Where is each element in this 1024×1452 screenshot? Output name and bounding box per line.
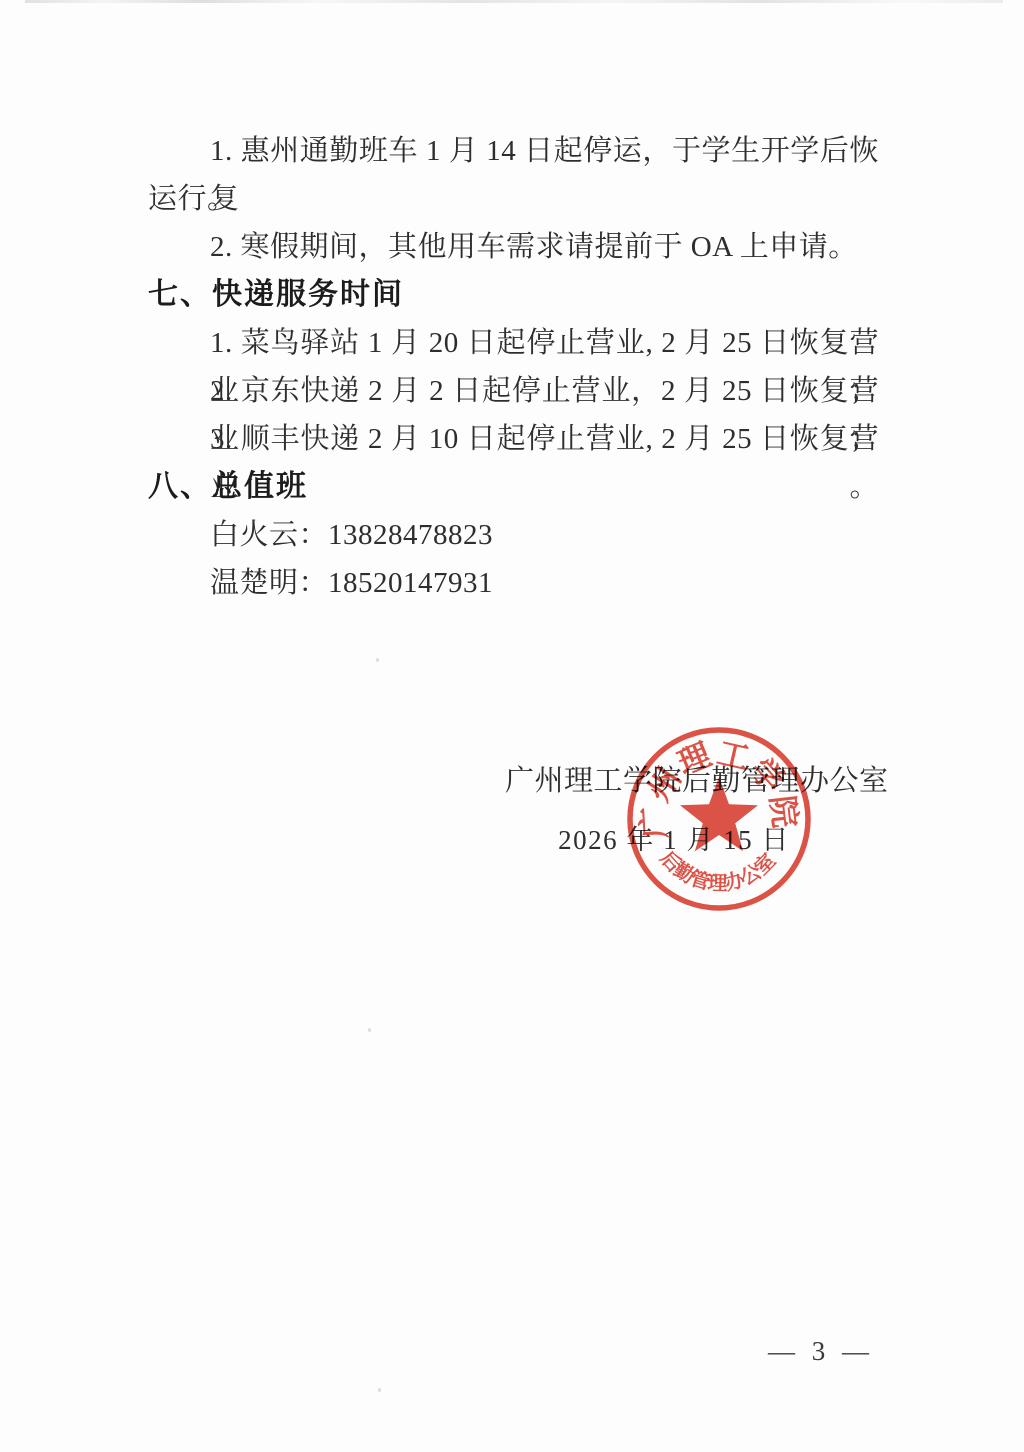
notice-body: 1. 惠州通勤班车 1 月 14 日起停运，于学生开学后恢复 运行。 2. 寒假… bbox=[148, 127, 879, 607]
duty-contact-bai: 白火云：13828478823 bbox=[148, 511, 879, 559]
signature-block: 广州理工学院后勤管理办公室 2026 年 1 月 15 日 bbox=[505, 758, 877, 857]
scanned-notice-page: 1. 惠州通勤班车 1 月 14 日起停运，于学生开学后恢复 运行。 2. 寒假… bbox=[0, 0, 1024, 1452]
section-heading-express-hours: 七、快递服务时间 bbox=[148, 271, 879, 319]
notice-line-huizhou-bus-cont: 运行。 bbox=[148, 175, 879, 223]
signature-organization: 广州理工学院后勤管理办公室 bbox=[505, 758, 877, 799]
notice-line-oa-request: 2. 寒假期间，其他用车需求请提前于 OA 上申请。 bbox=[148, 223, 879, 271]
signature-date: 2026 年 1 月 15 日 bbox=[505, 818, 843, 857]
duty-contact-wen: 温楚明：18520147931 bbox=[148, 559, 879, 607]
scan-artifact-top-edge bbox=[25, 0, 1003, 3]
page-number: — 3 — bbox=[768, 1336, 874, 1367]
scan-artifact-speck bbox=[378, 1388, 381, 1392]
notice-line-huizhou-bus: 1. 惠州通勤班车 1 月 14 日起停运，于学生开学后恢复 bbox=[148, 127, 879, 175]
notice-line-sf-express: 3. 顺丰快递 2 月 10 日起停止营业, 2 月 25 日恢复营业。 bbox=[148, 415, 879, 463]
scan-artifact-speck bbox=[368, 1028, 371, 1032]
notice-line-jd-express: 2. 京东快递 2 月 2 日起停止营业，2 月 25 日恢复营业； bbox=[148, 367, 879, 415]
notice-line-cainiao: 1. 菜鸟驿站 1 月 20 日起停止营业, 2 月 25 日恢复营业； bbox=[148, 319, 879, 367]
scan-artifact-speck bbox=[376, 658, 379, 662]
